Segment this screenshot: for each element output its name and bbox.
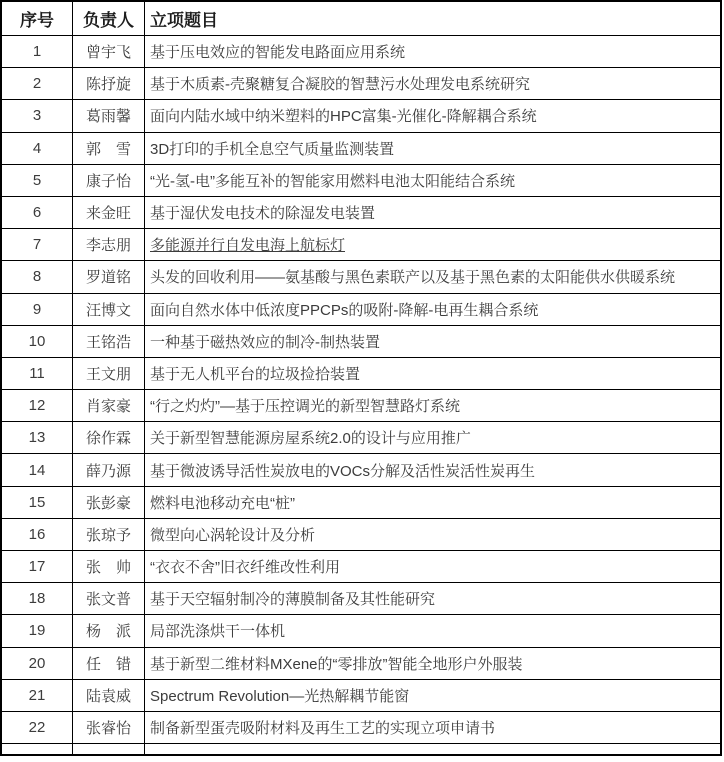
owner-cell: 薛乃源 <box>73 454 145 486</box>
row-index-cell: 14 <box>1 454 73 486</box>
row-index-cell: 15 <box>1 486 73 518</box>
title-cell: 基于新型二维材料MXene的“零排放”智能全地形户外服装 <box>145 647 722 679</box>
row-index-cell: 1 <box>1 36 73 68</box>
title-cell: 基于天空辐射制冷的薄膜制备及其性能研究 <box>145 583 722 615</box>
col-header-owner: 负责人 <box>73 1 145 36</box>
row-index-cell: 12 <box>1 390 73 422</box>
table-row: 20 任 错 基于新型二维材料MXene的“零排放”智能全地形户外服装 <box>1 647 721 679</box>
title-cell: 基于湿伏发电技术的除湿发电装置 <box>145 196 722 228</box>
table-row: 14 薛乃源 基于微波诱导活性炭放电的VOCs分解及活性炭活性炭再生 <box>1 454 721 486</box>
table-row: 9 汪博文 面向自然水体中低浓度PPCPs的吸附-降解-电再生耦合系统 <box>1 293 721 325</box>
table-row: 5 康子怡 “光-氢-电”多能互补的智能家用燃料电池太阳能结合系统 <box>1 164 721 196</box>
row-index-cell: 6 <box>1 196 73 228</box>
table-header: 序号 负责人 立项题目 <box>1 1 721 36</box>
header-row: 序号 负责人 立项题目 <box>1 1 721 36</box>
row-index-cell: 22 <box>1 711 73 743</box>
table-row: 4 郭 雪 3D打印的手机全息空气质量监测装置 <box>1 132 721 164</box>
title-cell: 局部洗涤烘干一体机 <box>145 615 722 647</box>
owner-cell: 罗道铭 <box>73 261 145 293</box>
owner-cell: 肖家豪 <box>73 390 145 422</box>
table-row: 6 来金旺 基于湿伏发电技术的除湿发电装置 <box>1 196 721 228</box>
table-row: 8 罗道铭 头发的回收利用——氨基酸与黑色素联产以及基于黑色素的太阳能供水供暖系… <box>1 261 721 293</box>
title-cell: 多能源并行自发电海上航标灯 <box>145 229 722 261</box>
title-cell: 3D打印的手机全息空气质量监测装置 <box>145 132 722 164</box>
partial-cell <box>145 744 722 756</box>
owner-cell: 杨 派 <box>73 615 145 647</box>
table-row: 12 肖家豪 “行之灼灼”—基于压控调光的新型智慧路灯系统 <box>1 390 721 422</box>
table-row: 18 张文普 基于天空辐射制冷的薄膜制备及其性能研究 <box>1 583 721 615</box>
title-cell: 面向内陆水域中纳米塑料的HPC富集-光催化-降解耦合系统 <box>145 100 722 132</box>
row-index-cell: 20 <box>1 647 73 679</box>
title-cell: 关于新型智慧能源房屋系统2.0的设计与应用推广 <box>145 422 722 454</box>
table-row: 17 张 帅 “衣衣不舍”旧衣纤维改性利用 <box>1 551 721 583</box>
title-cell: 面向自然水体中低浓度PPCPs的吸附-降解-电再生耦合系统 <box>145 293 722 325</box>
owner-cell: 李志朋 <box>73 229 145 261</box>
table-row: 10 王铭浩 一种基于磁热效应的制冷-制热装置 <box>1 325 721 357</box>
owner-cell: 陈抒旋 <box>73 68 145 100</box>
title-cell: “行之灼灼”—基于压控调光的新型智慧路灯系统 <box>145 390 722 422</box>
title-cell: 燃料电池移动充电“桩” <box>145 486 722 518</box>
title-cell: 微型向心涡轮设计及分析 <box>145 518 722 550</box>
owner-cell: 张琼予 <box>73 518 145 550</box>
owner-cell: 康子怡 <box>73 164 145 196</box>
table-row: 13 徐作霖 关于新型智慧能源房屋系统2.0的设计与应用推广 <box>1 422 721 454</box>
partial-cell <box>1 744 73 756</box>
title-cell: 一种基于磁热效应的制冷-制热装置 <box>145 325 722 357</box>
table-sheet: 序号 负责人 立项题目 1 曾宇飞 基于压电效应的智能发电路面应用系统 2 陈抒… <box>0 0 724 762</box>
row-index-cell: 9 <box>1 293 73 325</box>
table-row: 21 陆袁威 Spectrum Revolution—光热解耦节能窗 <box>1 679 721 711</box>
table-row: 2 陈抒旋 基于木质素-壳聚糖复合凝胶的智慧污水处理发电系统研究 <box>1 68 721 100</box>
owner-cell: 来金旺 <box>73 196 145 228</box>
title-cell: 基于微波诱导活性炭放电的VOCs分解及活性炭活性炭再生 <box>145 454 722 486</box>
row-index-cell: 4 <box>1 132 73 164</box>
owner-cell: 曾宇飞 <box>73 36 145 68</box>
row-index-cell: 10 <box>1 325 73 357</box>
row-index-cell: 13 <box>1 422 73 454</box>
row-index-cell: 2 <box>1 68 73 100</box>
title-cell: 基于无人机平台的垃圾捡拾装置 <box>145 357 722 389</box>
owner-cell: 汪博文 <box>73 293 145 325</box>
owner-cell: 张睿怡 <box>73 711 145 743</box>
owner-cell: 张 帅 <box>73 551 145 583</box>
table-row: 16 张琼予 微型向心涡轮设计及分析 <box>1 518 721 550</box>
owner-cell: 张彭豪 <box>73 486 145 518</box>
table-body: 1 曾宇飞 基于压电效应的智能发电路面应用系统 2 陈抒旋 基于木质素-壳聚糖复… <box>1 36 721 756</box>
table-row: 11 王文朋 基于无人机平台的垃圾捡拾装置 <box>1 357 721 389</box>
title-cell: 头发的回收利用——氨基酸与黑色素联产以及基于黑色素的太阳能供水供暖系统 <box>145 261 722 293</box>
title-cell: Spectrum Revolution—光热解耦节能窗 <box>145 679 722 711</box>
owner-cell: 陆袁威 <box>73 679 145 711</box>
partial-row <box>1 744 721 756</box>
owner-cell: 王文朋 <box>73 357 145 389</box>
title-cell: “光-氢-电”多能互补的智能家用燃料电池太阳能结合系统 <box>145 164 722 196</box>
owner-cell: 郭 雪 <box>73 132 145 164</box>
table-row: 3 葛雨馨 面向内陆水域中纳米塑料的HPC富集-光催化-降解耦合系统 <box>1 100 721 132</box>
table-row: 1 曾宇飞 基于压电效应的智能发电路面应用系统 <box>1 36 721 68</box>
row-index-cell: 19 <box>1 615 73 647</box>
table-row: 22 张睿怡 制备新型蛋壳吸附材料及再生工艺的实现立项申请书 <box>1 711 721 743</box>
owner-cell: 任 错 <box>73 647 145 679</box>
row-index-cell: 8 <box>1 261 73 293</box>
title-cell: 基于压电效应的智能发电路面应用系统 <box>145 36 722 68</box>
row-index-cell: 18 <box>1 583 73 615</box>
col-header-index: 序号 <box>1 1 73 36</box>
owner-cell: 葛雨馨 <box>73 100 145 132</box>
title-cell: “衣衣不舍”旧衣纤维改性利用 <box>145 551 722 583</box>
title-cell: 制备新型蛋壳吸附材料及再生工艺的实现立项申请书 <box>145 711 722 743</box>
row-index-cell: 17 <box>1 551 73 583</box>
table-row: 15 张彭豪 燃料电池移动充电“桩” <box>1 486 721 518</box>
title-cell: 基于木质素-壳聚糖复合凝胶的智慧污水处理发电系统研究 <box>145 68 722 100</box>
table-row: 7 李志朋 多能源并行自发电海上航标灯 <box>1 229 721 261</box>
owner-cell: 王铭浩 <box>73 325 145 357</box>
owner-cell: 张文普 <box>73 583 145 615</box>
row-index-cell: 16 <box>1 518 73 550</box>
row-index-cell: 7 <box>1 229 73 261</box>
row-index-cell: 3 <box>1 100 73 132</box>
partial-cell <box>73 744 145 756</box>
owner-cell: 徐作霖 <box>73 422 145 454</box>
table-row: 19 杨 派 局部洗涤烘干一体机 <box>1 615 721 647</box>
row-index-cell: 21 <box>1 679 73 711</box>
project-table: 序号 负责人 立项题目 1 曾宇飞 基于压电效应的智能发电路面应用系统 2 陈抒… <box>0 0 722 756</box>
row-index-cell: 11 <box>1 357 73 389</box>
col-header-title: 立项题目 <box>145 1 722 36</box>
row-index-cell: 5 <box>1 164 73 196</box>
